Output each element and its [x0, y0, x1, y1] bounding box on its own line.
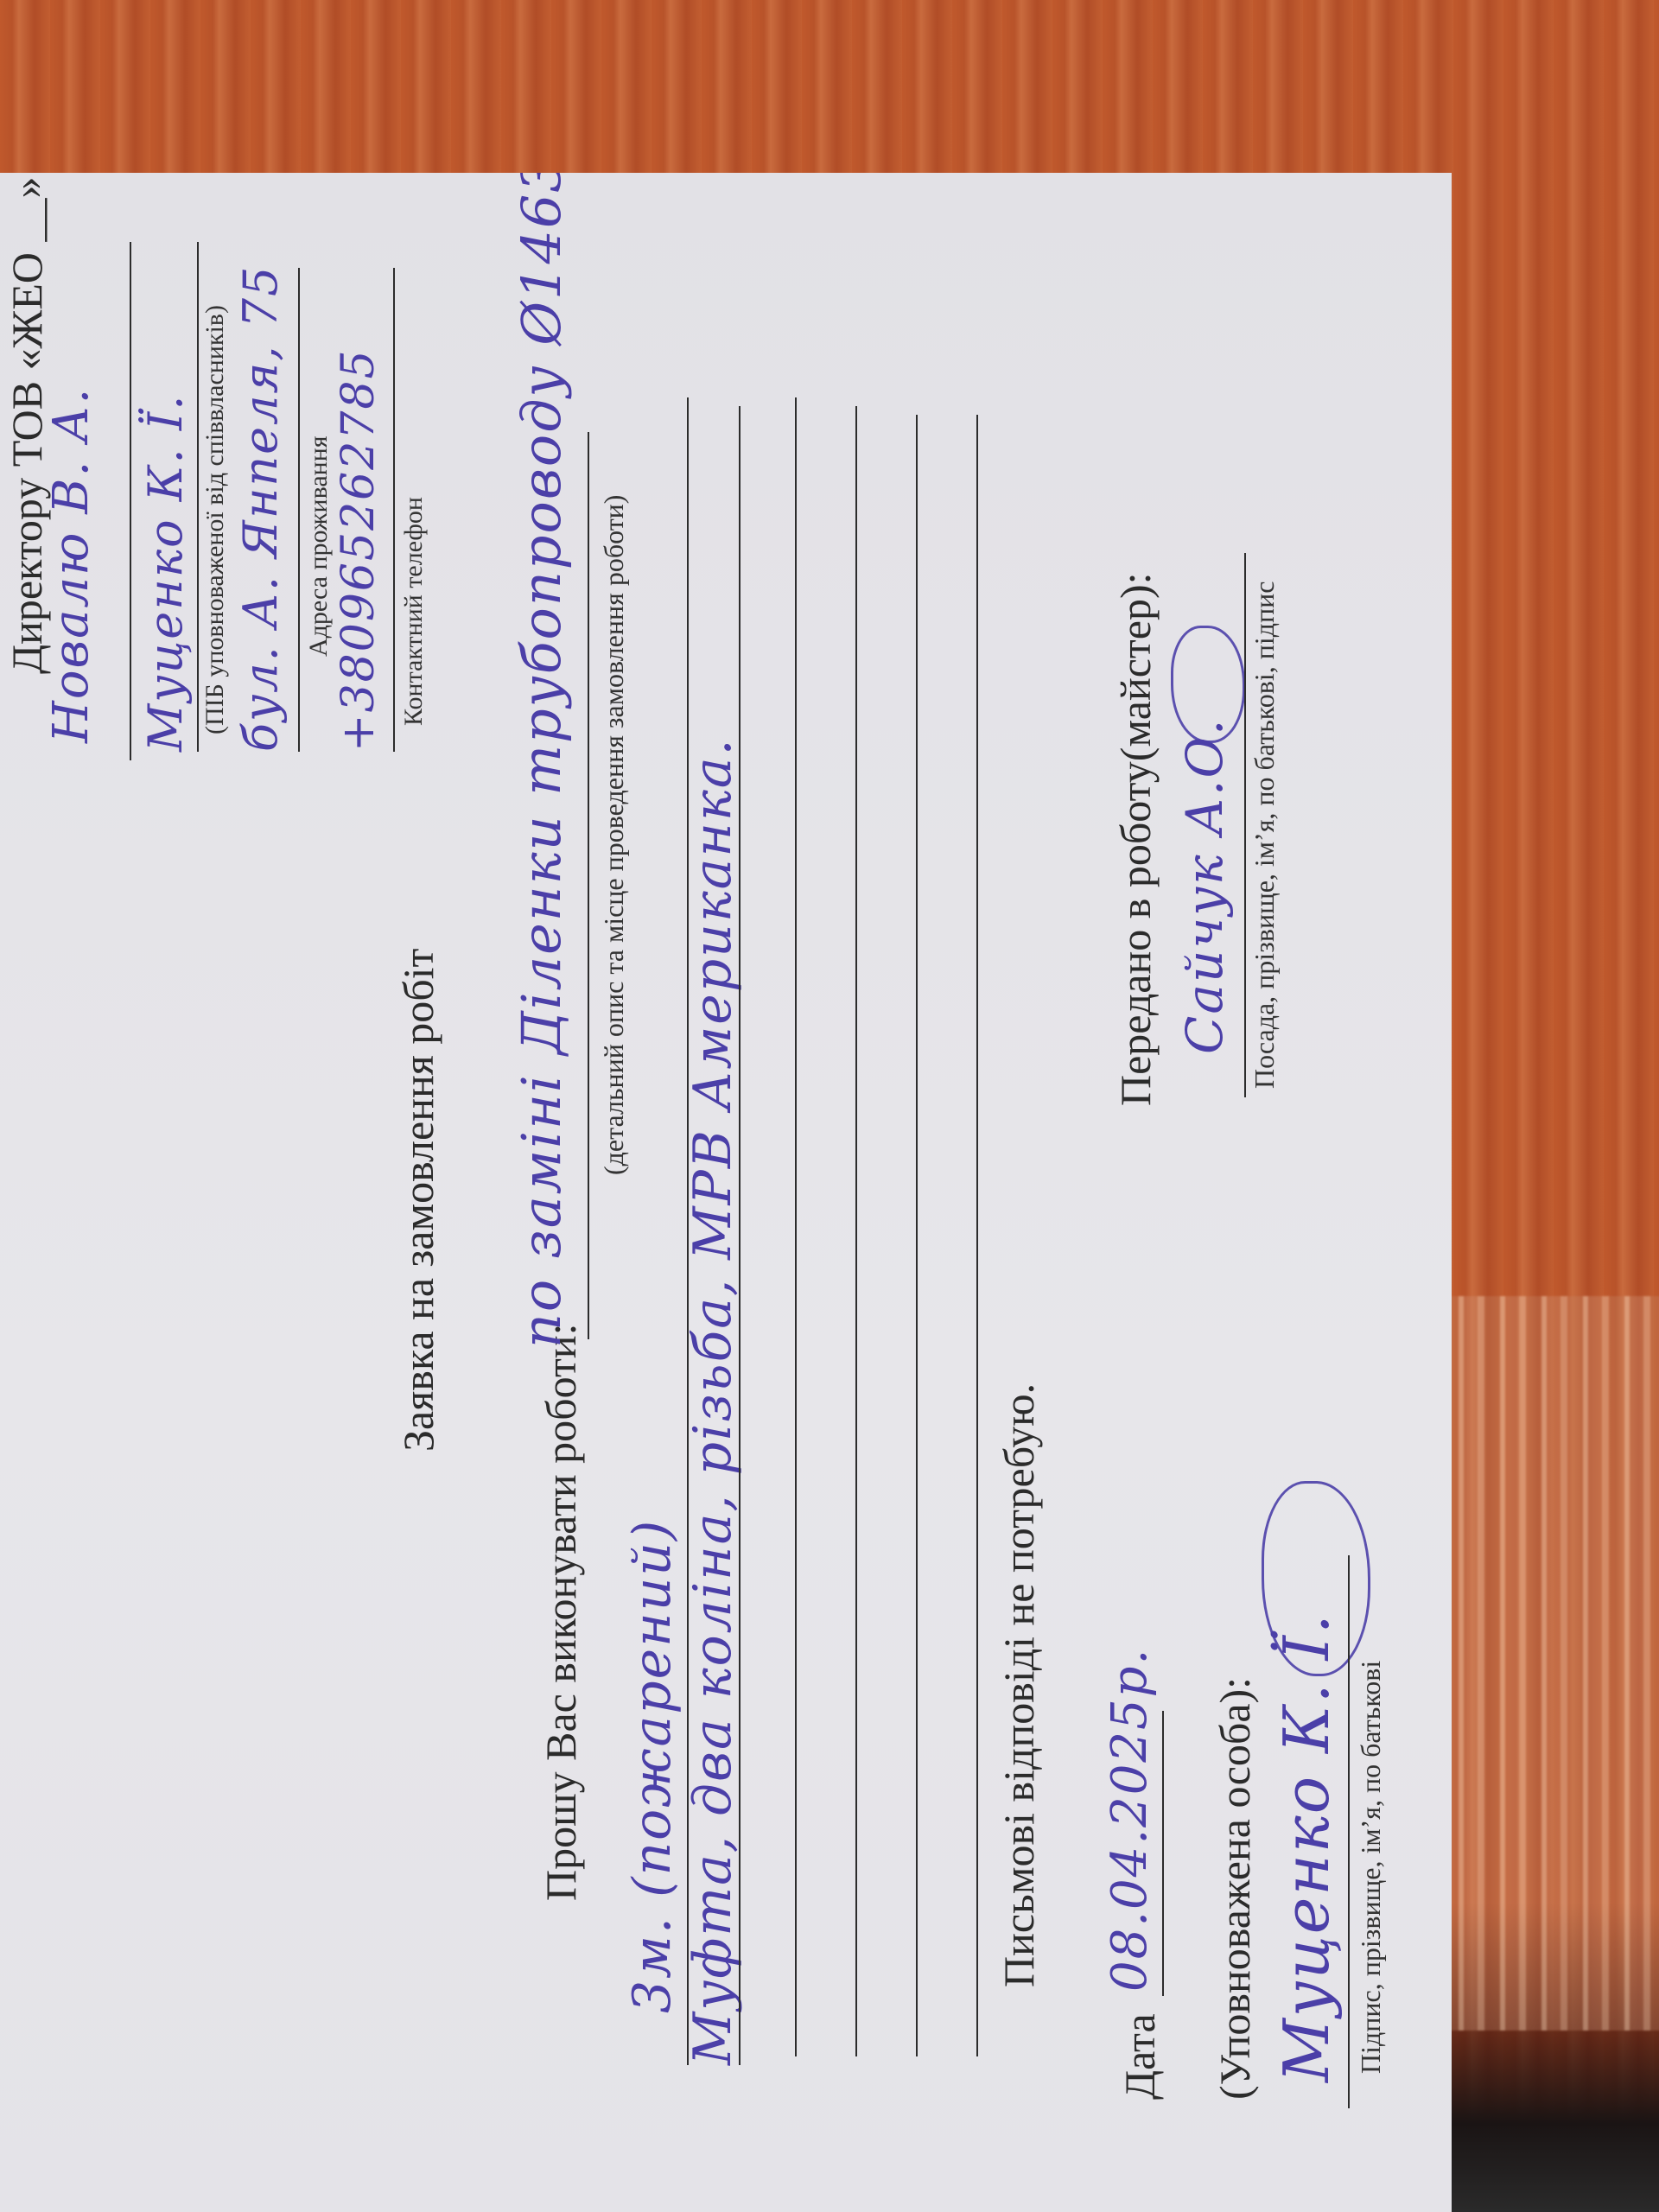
date-value: 08.04.2025р. — [1102, 1648, 1158, 1992]
director-line — [130, 242, 131, 760]
phone-caption: Контактний телефон — [399, 497, 429, 726]
request-underline-1 — [588, 432, 589, 1339]
paper: Директору ТОВ «ЖЕО __» Новалю В. А. Муце… — [0, 173, 1452, 2212]
date-line — [1162, 1711, 1164, 1996]
empty-line-4 — [976, 415, 978, 2056]
applicant-caption: (ПІБ уповноваженої від співвласників) — [200, 305, 230, 734]
request-underline-3 — [739, 406, 741, 2065]
request-line-2: 3м. (пожарений) — [622, 1519, 683, 2013]
empty-line-1 — [795, 397, 797, 2056]
phone-line — [393, 268, 395, 752]
empty-line-2 — [855, 406, 857, 2056]
director-name: Новалю В. А. — [43, 387, 99, 743]
address-caption: Адреса проживання — [304, 435, 334, 657]
request-line-3: Муфта, два коліна, різьба, МРВ Американк… — [683, 737, 743, 2065]
date-label: Дата — [1115, 2013, 1165, 2100]
authorized-line — [1348, 1555, 1350, 2108]
request-form-sheet: Директору ТОВ «ЖЕО __» Новалю В. А. Муце… — [0, 0, 1452, 2212]
request-line-1: по заміні Діленки трубопроводу Ø1463 — [510, 156, 573, 1348]
phone-value: +380965262785 — [333, 348, 385, 752]
handed-over-value: Сайчук А.О. — [1175, 718, 1234, 1054]
address-value: бул. А. Янпеля, 75 — [233, 265, 288, 752]
authorized-person-value: Муценко К. Ї. — [1270, 1612, 1343, 2082]
handed-over-line — [1244, 553, 1246, 1097]
master-signature — [1171, 626, 1245, 743]
address-line — [298, 268, 300, 752]
request-caption: (детальний опис та місце проведення замо… — [598, 495, 630, 1175]
authorized-person-label: (Уповноважена особа): — [1210, 1677, 1260, 2100]
handed-over-label: Передано в роботу(майстер): — [1110, 573, 1160, 1106]
request-label: Прошу Вас виконувати роботи: — [536, 1324, 586, 1901]
authorized-person-caption: Підпис, прізвище, ім’я, по батькові — [1355, 1661, 1387, 2074]
form-title: Заявка на замовлення робіт — [393, 949, 443, 1452]
applicant-name: Муценко К. Ї. — [138, 394, 193, 752]
empty-line-3 — [916, 415, 918, 2056]
no-written-reply: Письмові відповіді не потребую. — [994, 1383, 1044, 1987]
authorized-signature — [1262, 1481, 1370, 1676]
applicant-line — [197, 242, 199, 752]
handed-over-caption: Посада, прізвище, ім’я, по батькові, під… — [1249, 582, 1281, 1089]
